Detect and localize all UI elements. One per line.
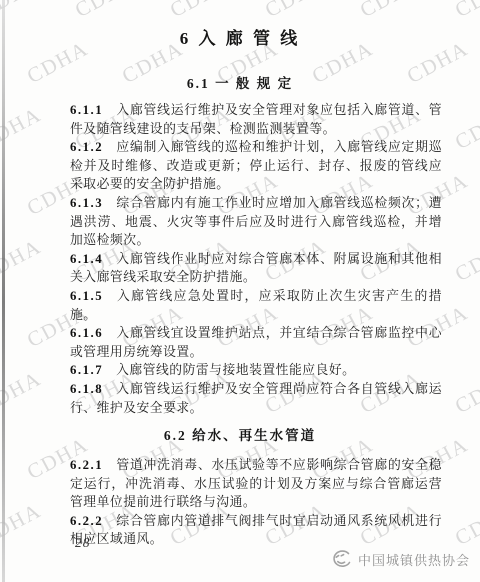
clause-6-1-2: 6.1.2应编制入廊管线的巡检和维护计划，入廊管线应定期巡检并及时维修、改造或更…: [70, 138, 442, 194]
section-6-1-body: 6.1.1入廊管线运行维护及安全管理对象应包括入廊管道、管件及随管线建设的支吊架…: [70, 101, 442, 417]
section-heading-6-1: 6.1 一 般 规 定: [0, 72, 480, 92]
clause-6-1-6: 6.1.6入廊管线宜设置维护站点，并宜结合综合管廊监控中心或管理用房统筹设置。: [70, 324, 442, 361]
clause-text: 应编制入廊管线的巡检和维护计划，入廊管线应定期巡检并及时维修、改造或更新；停止运…: [70, 140, 442, 191]
clause-number: 6.1.8: [70, 382, 116, 396]
clause-6-1-3: 6.1.3综合管廊内有施工作业时应增加入廊管线巡检频次；遭遇洪涝、地震、火灾等事…: [70, 194, 442, 250]
clause-number: 6.2.1: [70, 458, 116, 472]
clause-6-1-7: 6.1.7入廊管线的防雷与接地装置性能应良好。: [70, 361, 442, 380]
section-6-2-body: 6.2.1管道冲洗消毒、水压试验等不应影响综合管廊的安全稳定运行，冲洗消毒、水压…: [70, 456, 442, 549]
clause-number: 6.1.2: [70, 140, 116, 154]
clause-6-1-1: 6.1.1入廊管线运行维护及安全管理对象应包括入廊管道、管件及随管线建设的支吊架…: [70, 101, 442, 138]
association-logo-icon: [328, 549, 353, 570]
clause-number: 6.1.7: [70, 363, 116, 377]
clause-text: 入廊管线作业时应对综合管廊本体、附属设施和其他相关入廊管线采取安全防护措施。: [70, 252, 442, 285]
clause-6-1-5: 6.1.5入廊管线应急处置时，应采取防止次生灾害产生的措施。: [70, 287, 442, 324]
clause-number: 6.1.3: [70, 196, 116, 210]
clause-text: 入廊管线应急处置时，应采取防止次生灾害产生的措施。: [70, 289, 442, 322]
clause-number: 6.1.5: [70, 289, 116, 303]
clause-number: 6.1.4: [70, 252, 116, 266]
association-logo: 中国城镇供热协会: [328, 549, 470, 570]
clause-6-2-1: 6.2.1管道冲洗消毒、水压试验等不应影响综合管廊的安全稳定运行，冲洗消毒、水压…: [70, 456, 442, 512]
page-content: 6 入 廊 管 线 6.1 一 般 规 定 6.1.1入廊管线运行维护及安全管理…: [0, 0, 480, 549]
association-logo-text: 中国城镇供热协会: [358, 550, 470, 569]
clause-text: 综合管廊内管道排气阀排气时宜启动通风系统风机进行相应区域通风。: [70, 514, 442, 547]
clause-number: 6.1.1: [70, 103, 116, 117]
clause-text: 入廊管线运行维护及安全管理对象应包括入廊管道、管件及随管线建设的支吊架、检测监测…: [70, 103, 442, 136]
clause-number: 6.2.2: [70, 514, 116, 528]
clause-6-1-8: 6.1.8入廊管线运行维护及安全管理尚应符合各自管线入廊运行、维护及安全要求。: [70, 380, 442, 417]
clause-text: 综合管廊内有施工作业时应增加入廊管线巡检频次；遭遇洪涝、地震、火灾等事件后应及时…: [70, 196, 442, 247]
document-page: CDHACDHACDHACDHACDHACDHACDHACDHACDHACDHA…: [0, 0, 480, 582]
clause-6-1-4: 6.1.4入廊管线作业时应对综合管廊本体、附属设施和其他相关入廊管线采取安全防护…: [70, 250, 442, 287]
chapter-title: 6 入 廊 管 线: [0, 0, 480, 48]
clause-number: 6.1.6: [70, 326, 116, 340]
clause-text: 入廊管线的防雷与接地装置性能应良好。: [116, 363, 355, 377]
clause-6-2-2: 6.2.2综合管廊内管道排气阀排气时宜启动通风系统风机进行相应区域通风。: [70, 512, 442, 549]
clause-text: 管道冲洗消毒、水压试验等不应影响综合管廊的安全稳定运行，冲洗消毒、水压试验的计划…: [70, 458, 442, 509]
clause-text: 入廊管线宜设置维护站点，并宜结合综合管廊监控中心或管理用房统筹设置。: [70, 326, 442, 359]
clause-text: 入廊管线运行维护及安全管理尚应符合各自管线入廊运行、维护及安全要求。: [70, 382, 442, 415]
section-heading-6-2: 6.2 给水、再生水管道: [0, 424, 480, 444]
